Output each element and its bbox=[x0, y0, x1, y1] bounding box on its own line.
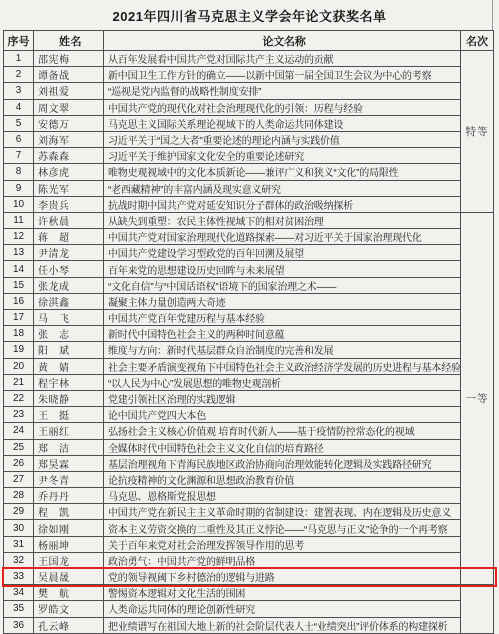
cell-no: 30 bbox=[4, 520, 34, 536]
cell-paper: “巡视是党内监督的战略性制度安排” bbox=[104, 83, 461, 99]
cell-paper: 新时代中国特色社会主义的两种时间意蕴 bbox=[104, 326, 461, 342]
cell-name: 郑昊霖 bbox=[34, 456, 104, 472]
cell-no: 14 bbox=[4, 261, 34, 277]
cell-paper: 中国共产党的现代化对社会治理现代化的引领：历程与经验 bbox=[104, 100, 461, 116]
cell-paper: 维度与方向：新时代基层群众自治制度的完善和发展 bbox=[104, 342, 461, 358]
table-row: 35罗皓文人类命运共同体的理论创新性研究 bbox=[4, 601, 494, 617]
table-row: 28乔丹丹马克思、恩格斯党报思想 bbox=[4, 488, 494, 504]
cell-paper: “老西藏精神”的丰富内涵及现实意义研究 bbox=[104, 181, 461, 197]
cell-paper: 论中国共产党四大本色 bbox=[104, 407, 461, 423]
cell-paper: 弘扬社会主义核心价值观 培育时代新人——基于疫情防控常态化的视域 bbox=[104, 423, 461, 439]
cell-no: 21 bbox=[4, 375, 34, 391]
cell-paper: 新中国卫生工作方针的确立——以新中国第一届全国卫生会议为中心的考察 bbox=[104, 67, 461, 83]
cell-no: 34 bbox=[4, 585, 34, 601]
cell-no: 12 bbox=[4, 229, 34, 245]
cell-name: 郑 洁 bbox=[34, 440, 104, 456]
header-paper: 论文名称 bbox=[104, 31, 461, 51]
cell-paper: 中国共产党在新民主主义革命时期的省制建设：建置表现、内在逻辑及历史意义 bbox=[104, 504, 461, 520]
table-row: 19阳 斌维度与方向：新时代基层群众自治制度的完善和发展 bbox=[4, 342, 494, 358]
cell-name: 张 志 bbox=[34, 326, 104, 342]
cell-paper: 政治勇气：中国共产党的鲜明品格 bbox=[104, 553, 461, 569]
cell-name: 任小琴 bbox=[34, 261, 104, 277]
table-row: 22朱晓静党建引领社区治理的实践逻辑 bbox=[4, 391, 494, 407]
table-row: 25郑 洁全媒体时代中国特色社会主义文化自信的培育路径 bbox=[4, 440, 494, 456]
table-row: 24王丽红弘扬社会主义核心价值观 培育时代新人——基于疫情防控常态化的视域 bbox=[4, 423, 494, 439]
table-row: 20黄 婧社会主要矛盾演变视角下中国特色社会主义政治经济学发展的历史进程与基本经… bbox=[4, 359, 494, 375]
cell-no: 5 bbox=[4, 116, 34, 132]
cell-no: 20 bbox=[4, 359, 34, 375]
cell-no: 35 bbox=[4, 601, 34, 617]
cell-name: 张龙成 bbox=[34, 278, 104, 294]
cell-no: 19 bbox=[4, 342, 34, 358]
cell-paper: 资本主义劳资交换的二重性及其正义悖论——“马克思与正义”论争的一个再考察 bbox=[104, 520, 461, 536]
table-row: 26郑昊霖基层治理视角下青海民族地区政治协商向治理效能转化逻辑及实践路径研究 bbox=[4, 456, 494, 472]
table-row: 31杨丽坤关于百年来党对社会治理发挥领导作用的思考 bbox=[4, 537, 494, 553]
cell-paper: 马克思、恩格斯党报思想 bbox=[104, 488, 461, 504]
table-row: 17马 飞中国共产党百年党建历程与基本经验 bbox=[4, 310, 494, 326]
cell-name: 徐淇鑫 bbox=[34, 294, 104, 310]
cell-no: 2 bbox=[4, 67, 34, 83]
cell-no: 22 bbox=[4, 391, 34, 407]
cell-name: 许秋晨 bbox=[34, 213, 104, 229]
cell-paper: 抗战时期中国共产党对延安知识分子群体的政治吸纳探析 bbox=[104, 197, 461, 213]
table-row: 16徐淇鑫凝聚主体力量创造两大奇迹 bbox=[4, 294, 494, 310]
table-row: 2谭备战新中国卫生工作方针的确立——以新中国第一届全国卫生会议为中心的考察 bbox=[4, 67, 494, 83]
cell-no: 31 bbox=[4, 537, 34, 553]
cell-name: 阳 斌 bbox=[34, 342, 104, 358]
cell-name: 马 飞 bbox=[34, 310, 104, 326]
table-row: 32王国龙政治勇气：中国共产党的鲜明品格 bbox=[4, 553, 494, 569]
table-row: 27尹冬青论抗疫精神的文化渊源和思想政治教育价值 bbox=[4, 472, 494, 488]
cell-name: 杨丽坤 bbox=[34, 537, 104, 553]
table-header-row: 序号 姓名 论文名称 名次 bbox=[4, 31, 494, 51]
cell-no: 4 bbox=[4, 100, 34, 116]
cell-paper: 论抗疫精神的文化渊源和思想政治教育价值 bbox=[104, 472, 461, 488]
cell-name: 安德万 bbox=[34, 116, 104, 132]
table-row: 6刘海军习近平关于“国之大者”重要论述的理论内涵与实践价值 bbox=[4, 132, 494, 148]
cell-paper: 中国共产党建设学习型政党的百年回溯及展望 bbox=[104, 245, 461, 261]
cell-no: 24 bbox=[4, 423, 34, 439]
cell-name: 程宇林 bbox=[34, 375, 104, 391]
cell-name: 林彦虎 bbox=[34, 164, 104, 180]
cell-paper: 关于百年来党对社会治理发挥领导作用的思考 bbox=[104, 537, 461, 553]
document-page: 2021年四川省马克思主义学会年论文获奖名单 序号 姓名 论文名称 名次 1邵宪… bbox=[0, 0, 499, 634]
table-row: 5安德万马克思主义国际关系理论视域下的人类命运共同体建设 bbox=[4, 116, 494, 132]
cell-no: 3 bbox=[4, 83, 34, 99]
cell-paper: 唯物史观视域中的文化本质新论——兼评广义和狭义“文化”的局限性 bbox=[104, 164, 461, 180]
cell-no: 7 bbox=[4, 148, 34, 164]
cell-no: 17 bbox=[4, 310, 34, 326]
table-row: 23王 挺论中国共产党四大本色 bbox=[4, 407, 494, 423]
table-body: 1邵宪梅从百年发展看中国共产党对国际共产主义运动的贡献2谭备战新中国卫生工作方针… bbox=[4, 51, 494, 634]
cell-name: 尹清龙 bbox=[34, 245, 104, 261]
header-rank: 名次 bbox=[461, 31, 494, 51]
page-title: 2021年四川省马克思主义学会年论文获奖名单 bbox=[0, 6, 499, 25]
cell-no: 6 bbox=[4, 132, 34, 148]
table-row: 13尹清龙中国共产党建设学习型政党的百年回溯及展望 bbox=[4, 245, 494, 261]
cell-paper: 习近平关于维护国家文化安全的重要论述研究 bbox=[104, 148, 461, 164]
cell-no: 1 bbox=[4, 51, 34, 67]
cell-paper: 习近平关于“国之大者”重要论述的理论内涵与实践价值 bbox=[104, 132, 461, 148]
cell-no: 10 bbox=[4, 197, 34, 213]
cell-name: 徐如刚 bbox=[34, 520, 104, 536]
cell-paper: 把业绩谱写在祖国大地上新的社会阶层代表人士“业绩突出”评价体系的构建探析 bbox=[104, 618, 461, 634]
table-row: 30徐如刚资本主义劳资交换的二重性及其正义悖论——“马克思与正义”论争的一个再考… bbox=[4, 520, 494, 536]
cell-name: 尹冬青 bbox=[34, 472, 104, 488]
cell-no: 26 bbox=[4, 456, 34, 472]
cell-paper: 全媒体时代中国特色社会主义文化自信的培育路径 bbox=[104, 440, 461, 456]
table-row: 7苏森森习近平关于维护国家文化安全的重要论述研究 bbox=[4, 148, 494, 164]
cell-name: 王丽红 bbox=[34, 423, 104, 439]
cell-name: 朱晓静 bbox=[34, 391, 104, 407]
cell-no: 11 bbox=[4, 213, 34, 229]
cell-no: 25 bbox=[4, 440, 34, 456]
table-row: 3刘祖爱“巡视是党内监督的战略性制度安排” bbox=[4, 83, 494, 99]
cell-paper: 中国共产党百年党建历程与基本经验 bbox=[104, 310, 461, 326]
cell-paper: 马克思主义国际关系理论视域下的人类命运共同体建设 bbox=[104, 116, 461, 132]
rank-column: 特等一等 bbox=[461, 51, 494, 634]
cell-name: 乔丹丹 bbox=[34, 488, 104, 504]
cell-name: 蒋 超 bbox=[34, 229, 104, 245]
cell-name: 刘祖爱 bbox=[34, 83, 104, 99]
table-row: 12蒋 超中国共产党对国家治理现代化道路探索——对习近平关于国家治理现代化 bbox=[4, 229, 494, 245]
cell-name: 周文翠 bbox=[34, 100, 104, 116]
page-edge-line bbox=[492, 0, 493, 31]
awards-table: 序号 姓名 论文名称 名次 1邵宪梅从百年发展看中国共产党对国际共产主义运动的贡… bbox=[3, 30, 494, 634]
table-row: 36孔云峰把业绩谱写在祖国大地上新的社会阶层代表人士“业绩突出”评价体系的构建探… bbox=[4, 618, 494, 634]
cell-name: 刘海军 bbox=[34, 132, 104, 148]
table-row: 29程 凯中国共产党在新民主主义革命时期的省制建设：建置表现、内在逻辑及历史意义 bbox=[4, 504, 494, 520]
rank-group-cell: 特等 bbox=[461, 51, 494, 213]
cell-name: 李贵兵 bbox=[34, 197, 104, 213]
cell-no: 16 bbox=[4, 294, 34, 310]
table-row: 14任小琴百年来党的思想建设历史回眸与未来展望 bbox=[4, 261, 494, 277]
cell-name: 吴晨晟 bbox=[34, 569, 104, 585]
cell-name: 王国龙 bbox=[34, 553, 104, 569]
header-name: 姓名 bbox=[34, 31, 104, 51]
cell-paper: 凝聚主体力量创造两大奇迹 bbox=[104, 294, 461, 310]
cell-name: 陈光军 bbox=[34, 181, 104, 197]
cell-no: 32 bbox=[4, 553, 34, 569]
cell-name: 孔云峰 bbox=[34, 618, 104, 634]
cell-no: 9 bbox=[4, 181, 34, 197]
cell-no: 33 bbox=[4, 569, 34, 585]
cell-name: 罗皓文 bbox=[34, 601, 104, 617]
cell-paper: 党的领导视阈下乡村德治的逻辑与进路 bbox=[104, 569, 461, 585]
table-row: 15张龙成“文化自信”与“中国话语权”语境下的国家治理之术—— bbox=[4, 278, 494, 294]
cell-no: 28 bbox=[4, 488, 34, 504]
cell-paper: 警惕资本逻辑对文化生活的围困 bbox=[104, 585, 461, 601]
cell-no: 8 bbox=[4, 164, 34, 180]
cell-paper: 社会主要矛盾演变视角下中国特色社会主义政治经济学发展的历史进程与基本经验 bbox=[104, 359, 461, 375]
cell-paper: 基层治理视角下青海民族地区政治协商向治理效能转化逻辑及实践路径研究 bbox=[104, 456, 461, 472]
cell-name: 王 挺 bbox=[34, 407, 104, 423]
table-row: 21程宇林“以人民为中心”发展思想的唯物史观剖析 bbox=[4, 375, 494, 391]
cell-no: 23 bbox=[4, 407, 34, 423]
cell-paper: 从百年发展看中国共产党对国际共产主义运动的贡献 bbox=[104, 51, 461, 67]
cell-name: 苏森森 bbox=[34, 148, 104, 164]
cell-name: 程 凯 bbox=[34, 504, 104, 520]
cell-paper: 党建引领社区治理的实践逻辑 bbox=[104, 391, 461, 407]
cell-paper: 从缺失到重塑：农民主体性视域下的相对贫困治理 bbox=[104, 213, 461, 229]
cell-no: 36 bbox=[4, 618, 34, 634]
cell-name: 谭备战 bbox=[34, 67, 104, 83]
cell-paper: 百年来党的思想建设历史回眸与未来展望 bbox=[104, 261, 461, 277]
cell-no: 29 bbox=[4, 504, 34, 520]
header-no: 序号 bbox=[4, 31, 34, 51]
cell-paper: 人类命运共同体的理论创新性研究 bbox=[104, 601, 461, 617]
cell-name: 樊 航 bbox=[34, 585, 104, 601]
table-row: 33吴晨晟党的领导视阈下乡村德治的逻辑与进路 bbox=[4, 569, 494, 585]
cell-no: 18 bbox=[4, 326, 34, 342]
cell-paper: 中国共产党对国家治理现代化道路探索——对习近平关于国家治理现代化 bbox=[104, 229, 461, 245]
table-row: 10李贵兵抗战时期中国共产党对延安知识分子群体的政治吸纳探析 bbox=[4, 197, 494, 213]
cell-no: 27 bbox=[4, 472, 34, 488]
cell-name: 黄 婧 bbox=[34, 359, 104, 375]
table-row: 4周文翠中国共产党的现代化对社会治理现代化的引领：历程与经验 bbox=[4, 100, 494, 116]
table-row: 8林彦虎唯物史观视域中的文化本质新论——兼评广义和狭义“文化”的局限性 bbox=[4, 164, 494, 180]
table-row: 11许秋晨从缺失到重塑：农民主体性视域下的相对贫困治理 bbox=[4, 213, 494, 229]
rank-group-cell bbox=[461, 585, 494, 634]
cell-no: 15 bbox=[4, 278, 34, 294]
table-row: 9陈光军“老西藏精神”的丰富内涵及现实意义研究 bbox=[4, 181, 494, 197]
table-row: 34樊 航警惕资本逻辑对文化生活的围困 bbox=[4, 585, 494, 601]
cell-paper: “文化自信”与“中国话语权”语境下的国家治理之术—— bbox=[104, 278, 461, 294]
cell-name: 邵宪梅 bbox=[34, 51, 104, 67]
cell-no: 13 bbox=[4, 245, 34, 261]
cell-paper: “以人民为中心”发展思想的唯物史观剖析 bbox=[104, 375, 461, 391]
table-row: 18张 志新时代中国特色社会主义的两种时间意蕴 bbox=[4, 326, 494, 342]
rank-group-cell: 一等 bbox=[461, 213, 494, 585]
table-row: 1邵宪梅从百年发展看中国共产党对国际共产主义运动的贡献 bbox=[4, 51, 494, 67]
